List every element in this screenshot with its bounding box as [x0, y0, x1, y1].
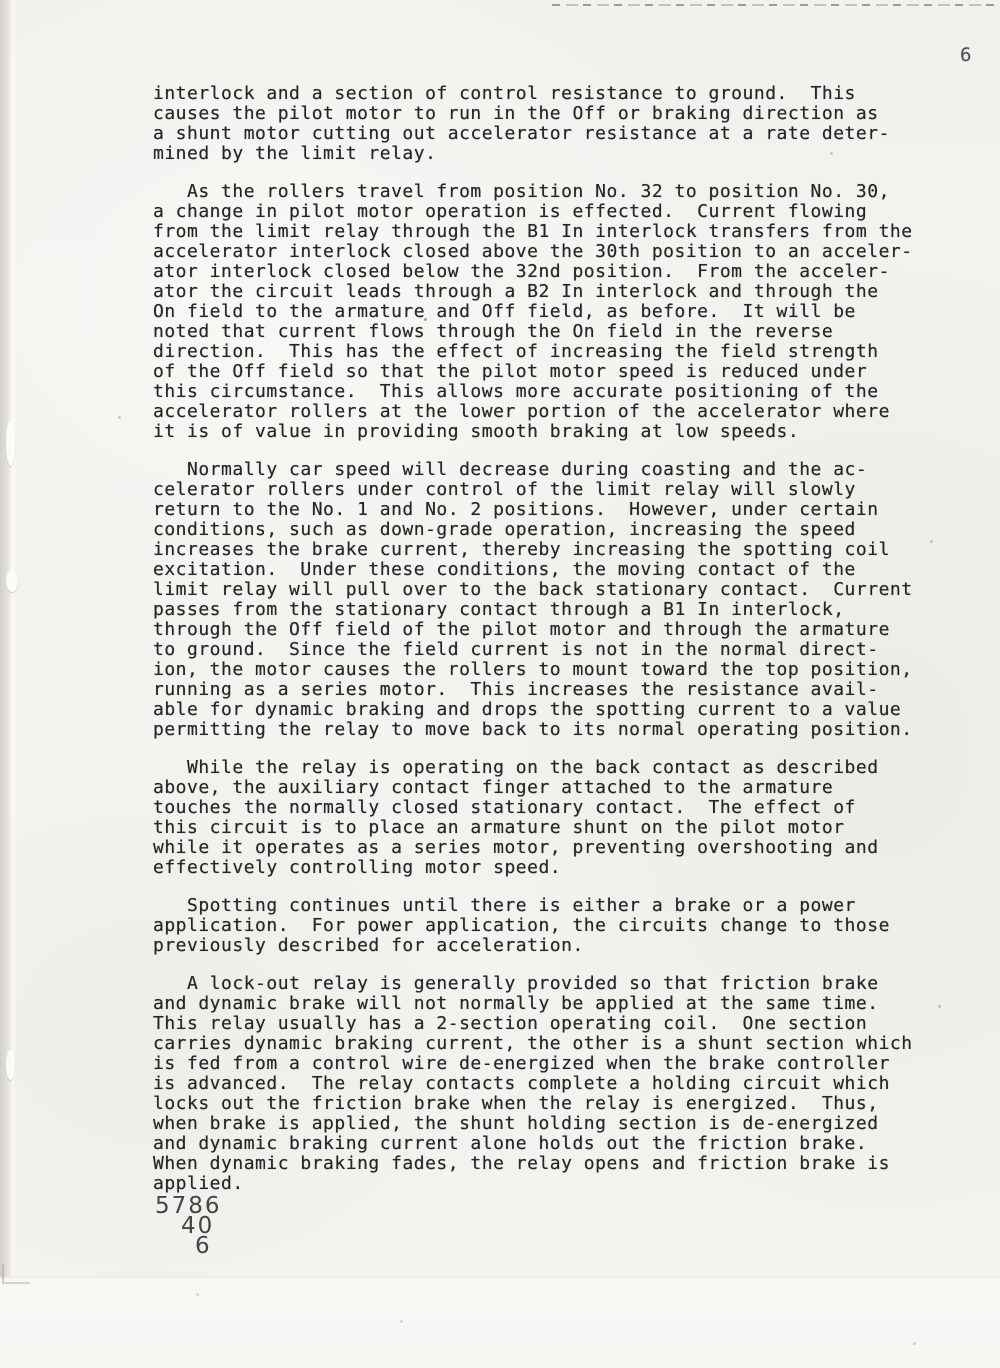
- scan-speck: [118, 416, 121, 419]
- body-paragraph-5: Spotting continues until there is either…: [153, 896, 963, 956]
- scan-bottom-edge: [0, 1276, 1000, 1368]
- scan-speck: [913, 1342, 916, 1345]
- paper-edge-nick: [6, 570, 18, 592]
- paper-edge-nick: [6, 420, 15, 466]
- page-number: 6: [960, 44, 971, 66]
- body-paragraph-3: Normally car speed will decrease during …: [153, 460, 963, 740]
- scan-speck: [400, 1320, 403, 1323]
- scan-top-line-artifact: [552, 4, 1000, 6]
- scan-left-edge-highlight: [10, 0, 16, 1368]
- body-paragraph-6: A lock-out relay is generally provided s…: [153, 974, 963, 1194]
- footer-reference-codes: 5786 40 6: [155, 1196, 222, 1256]
- body-paragraph-2: As the rollers travel from position No. …: [153, 182, 963, 442]
- scanned-page-sheet: 6 interlock and a section of control res…: [0, 0, 1000, 1368]
- footer-code-line-3: 6: [155, 1236, 222, 1256]
- body-paragraph-1: interlock and a section of control resis…: [153, 84, 963, 164]
- body-paragraph-4: While the relay is operating on the back…: [153, 758, 963, 878]
- typed-body-text: interlock and a section of control resis…: [153, 84, 963, 1194]
- scan-corner-mark: [2, 1264, 30, 1284]
- paper-edge-nick: [6, 1050, 15, 1080]
- scan-speck: [196, 1293, 199, 1296]
